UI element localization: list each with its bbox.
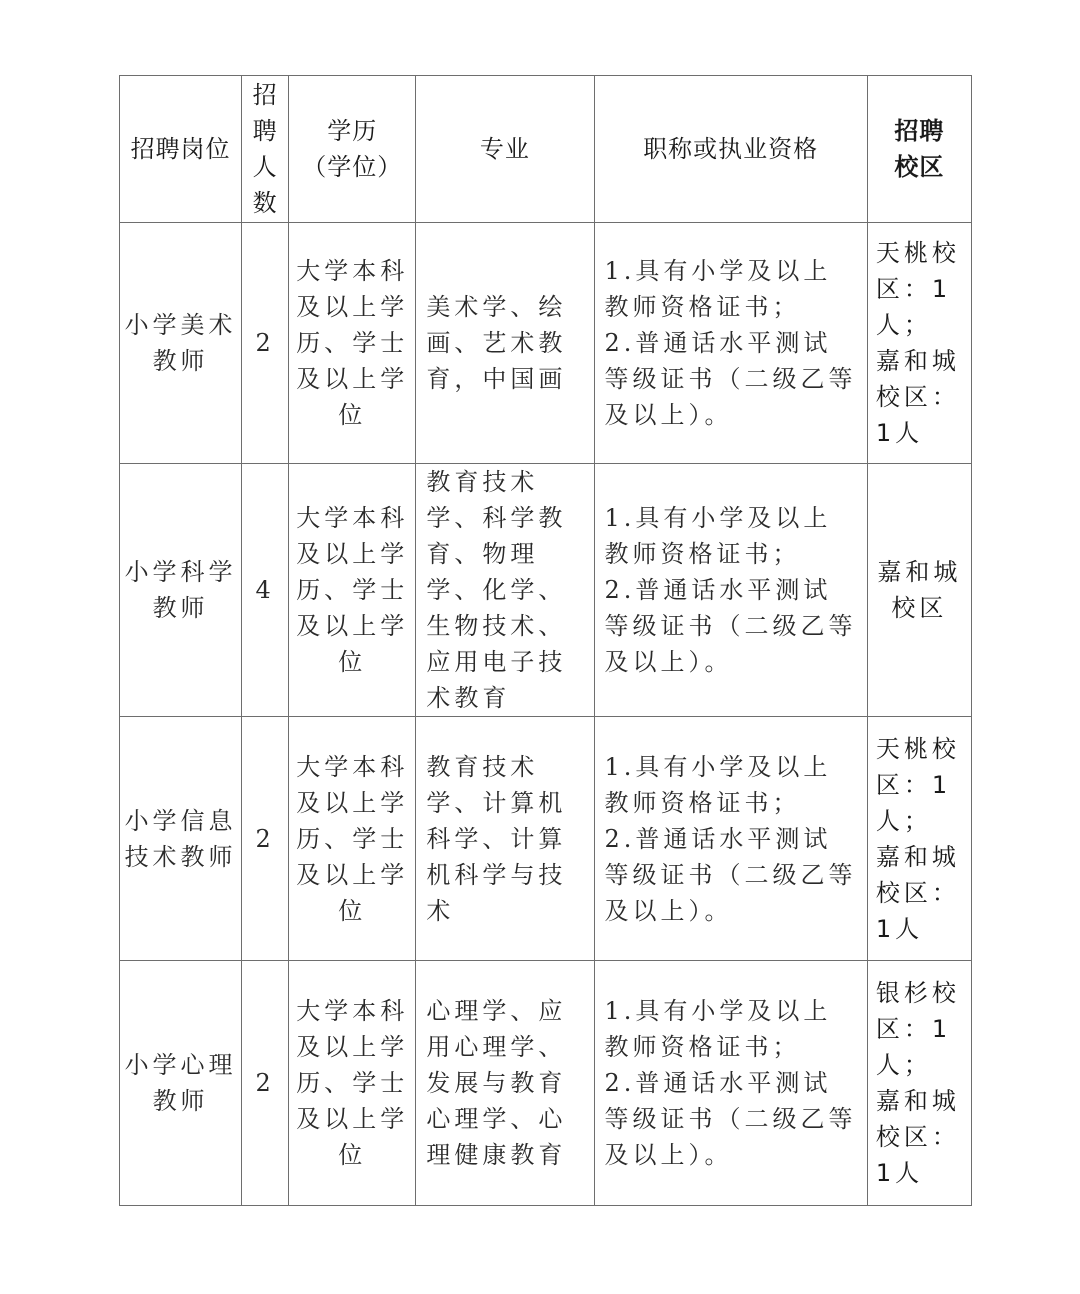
cell-major: 心理学、应用心理学、发展与教育心理学、心理健康教育	[416, 961, 594, 1206]
cell-major: 教育技术学、计算机科学、计算机科学与技术	[416, 717, 594, 961]
header-major: 专业	[416, 76, 594, 223]
cell-campus: 银杉校区：1人； 嘉和城校区：1人	[867, 961, 971, 1206]
table-row: 小学信息 技术教师 2 大学本科 及以上学 历、学士 及以上学 位 教育技术学、…	[120, 717, 972, 961]
cell-count: 4	[242, 464, 289, 717]
cell-qualification: 1.具有小学及以上教师资格证书； 2.普通话水平测试等级证书（二级乙等及以上）。	[594, 717, 867, 961]
recruitment-table: 招聘岗位 招 聘 人 数 学历 （学位） 专业 职称或执业资格 招聘 校区 小学…	[119, 75, 972, 1206]
cell-education: 大学本科 及以上学 历、学士 及以上学 位	[289, 961, 416, 1206]
table-header-row: 招聘岗位 招 聘 人 数 学历 （学位） 专业 职称或执业资格 招聘 校区	[120, 76, 972, 223]
cell-count: 2	[242, 961, 289, 1206]
cell-position: 小学心理 教师	[120, 961, 242, 1206]
cell-campus: 天桃校区：1人； 嘉和城校区：1人	[867, 223, 971, 464]
header-campus: 招聘 校区	[867, 76, 971, 223]
header-count: 招 聘 人 数	[242, 76, 289, 223]
cell-major: 美术学、绘画、艺术教育，中国画	[416, 223, 594, 464]
header-education: 学历 （学位）	[289, 76, 416, 223]
cell-count: 2	[242, 717, 289, 961]
cell-education: 大学本科 及以上学 历、学士 及以上学 位	[289, 223, 416, 464]
cell-education: 大学本科 及以上学 历、学士 及以上学 位	[289, 464, 416, 717]
cell-qualification: 1.具有小学及以上教师资格证书； 2.普通话水平测试等级证书（二级乙等及以上）。	[594, 223, 867, 464]
header-qualification: 职称或执业资格	[594, 76, 867, 223]
table-row: 小学美术 教师 2 大学本科 及以上学 历、学士 及以上学 位 美术学、绘画、艺…	[120, 223, 972, 464]
cell-position: 小学科学 教师	[120, 464, 242, 717]
cell-campus: 天桃校区：1人； 嘉和城校区：1人	[867, 717, 971, 961]
header-position: 招聘岗位	[120, 76, 242, 223]
cell-qualification: 1.具有小学及以上教师资格证书； 2.普通话水平测试等级证书（二级乙等及以上）。	[594, 961, 867, 1206]
cell-major: 教育技术学、科学教育、物理学、化学、生物技术、应用电子技术教育	[416, 464, 594, 717]
cell-position: 小学美术 教师	[120, 223, 242, 464]
cell-campus: 嘉和城 校区	[867, 464, 971, 717]
cell-position: 小学信息 技术教师	[120, 717, 242, 961]
cell-education: 大学本科 及以上学 历、学士 及以上学 位	[289, 717, 416, 961]
cell-count: 2	[242, 223, 289, 464]
table-row: 小学科学 教师 4 大学本科 及以上学 历、学士 及以上学 位 教育技术学、科学…	[120, 464, 972, 717]
cell-qualification: 1.具有小学及以上教师资格证书； 2.普通话水平测试等级证书（二级乙等及以上）。	[594, 464, 867, 717]
table-row: 小学心理 教师 2 大学本科 及以上学 历、学士 及以上学 位 心理学、应用心理…	[120, 961, 972, 1206]
